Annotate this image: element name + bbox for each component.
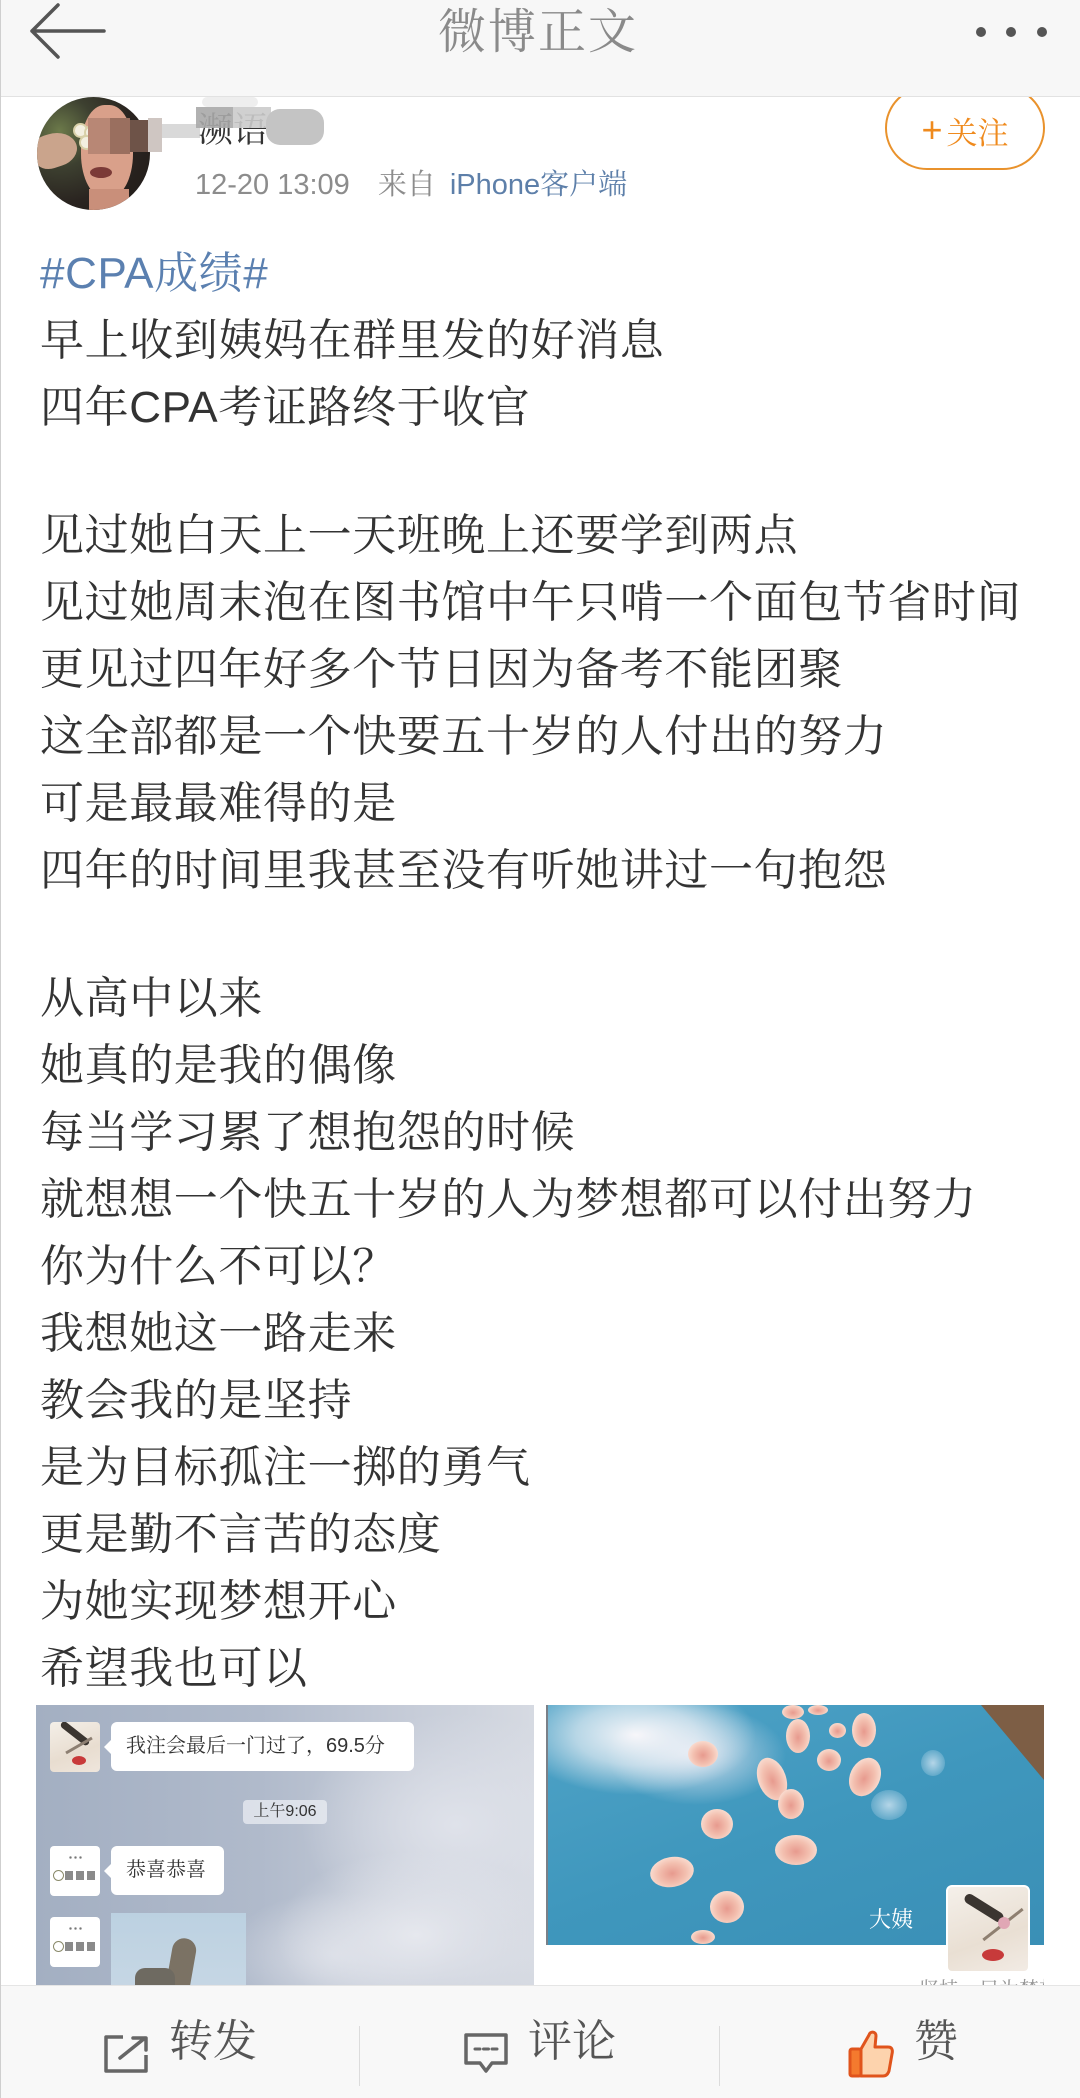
post-line: 我想她这一路走来: [40, 1300, 1060, 1367]
paragraph-gap: [40, 441, 1060, 502]
petal: [921, 1750, 945, 1776]
avatar-neck: [89, 189, 129, 210]
logo-glyphs: [65, 1871, 97, 1880]
petal: [648, 1853, 697, 1890]
image-edge: [546, 1705, 548, 1945]
petal: [829, 1723, 846, 1738]
post-line: 每当学习累了想抱怨的时候: [40, 1099, 1060, 1166]
post-line: 是为目标孤注一掷的勇气: [40, 1434, 1060, 1501]
petal: [691, 1930, 715, 1944]
repost-icon: [102, 2034, 150, 2074]
avatar-red-accent: [72, 1756, 86, 1765]
more-horizontal-icon: [1037, 27, 1047, 37]
post-line: 更是勤不言苦的态度: [40, 1501, 1060, 1568]
chat-avatar: [50, 1846, 100, 1896]
logo-ring: [53, 1941, 64, 1952]
page-title: 微博正文: [0, 0, 1076, 66]
petal: [701, 1809, 733, 1839]
plus-icon: +: [921, 109, 942, 151]
chat-avatar: [50, 1722, 100, 1772]
chat-image-thumbs-up: [111, 1913, 246, 1990]
post-line: 早上收到姨妈在群里发的好消息: [40, 307, 1060, 374]
post-meta: 12-20 13:09来自iPhone客户端: [195, 166, 627, 204]
avatar-blossom: [998, 1917, 1010, 1929]
hashtag-link[interactable]: #CPA成绩#: [40, 240, 1060, 307]
petal: [871, 1790, 907, 1820]
post-line: 就想想一个快五十岁的人为梦想都可以付出努力: [40, 1166, 1060, 1233]
post-timestamp: 12-20 13:09: [195, 169, 350, 201]
petal: [852, 1713, 876, 1747]
post-body: #CPA成绩# 早上收到姨妈在群里发的好消息 四年CPA考证路终于收官 见过她白…: [40, 240, 1060, 1702]
post-line: 你为什么不可以？: [40, 1233, 1060, 1300]
repost-label: 转发: [169, 2012, 257, 2072]
post-line: 从高中以来: [40, 965, 1060, 1032]
comment-button[interactable]: 评论: [360, 1986, 719, 2098]
post-source-link[interactable]: iPhone客户端: [450, 169, 627, 201]
avatar-mouth: [90, 167, 112, 178]
screen-edge: [0, 0, 1, 2098]
comment-icon: [463, 2032, 509, 2074]
post-line: 希望我也可以: [40, 1635, 1060, 1702]
post-line: 四年CPA考证路终于收官: [40, 374, 1060, 441]
petal: [778, 1789, 804, 1819]
post-line: 见过她白天上一天班晚上还要学到两点: [40, 502, 1060, 569]
thumbs-up-icon: [847, 2029, 895, 2079]
follow-label: 关注: [947, 108, 1009, 153]
petal: [782, 1705, 804, 1719]
chat-bubble: 恭喜恭喜: [111, 1846, 224, 1895]
post-line: 她真的是我的偶像: [40, 1032, 1060, 1099]
source-prefix: 来自: [378, 169, 436, 201]
petal: [775, 1835, 817, 1865]
post-line: 见过她周末泡在图书馆中午只啃一个面包节省时间: [40, 569, 1060, 636]
more-horizontal-icon: [976, 27, 986, 37]
comment-label: 评论: [528, 2012, 616, 2072]
bottom-action-bar: 转发 评论 赞: [0, 1985, 1080, 2098]
post-line: 可是最最难得的是: [40, 770, 1060, 837]
logo-dots: [68, 1856, 82, 1859]
petal: [808, 1705, 828, 1715]
follow-button[interactable]: + 关注: [885, 86, 1045, 170]
post-line: 教会我的是坚持: [40, 1367, 1060, 1434]
chat-bubble: 我注会最后一门过了，69.5分: [111, 1722, 414, 1771]
profile-avatar: [946, 1885, 1030, 1973]
petal: [786, 1719, 810, 1753]
paragraph-gap: [40, 904, 1060, 965]
logo-glyphs: [65, 1942, 97, 1951]
cover-corner: [981, 1705, 1044, 1780]
privacy-mosaic: [88, 118, 200, 156]
petal: [710, 1891, 744, 1923]
top-nav-bar: 微博正文: [0, 0, 1080, 97]
repost-button[interactable]: 转发: [0, 1986, 359, 2098]
like-label: 赞: [914, 2012, 958, 2072]
avatar-red-accent: [982, 1949, 1004, 1961]
like-button[interactable]: 赞: [720, 1986, 1080, 2098]
post-line: 四年的时间里我甚至没有听她讲过一句抱怨: [40, 837, 1060, 904]
post-image-profile-screenshot[interactable]: 大姨 坚持，只为梦想: [546, 1705, 1044, 1990]
profile-name: 大姨: [869, 1905, 913, 1935]
name-blur: [196, 107, 233, 128]
petal: [817, 1749, 841, 1771]
post-line: 这全部都是一个快要五十岁的人付出的努力: [40, 703, 1060, 770]
name-blur: [266, 109, 324, 145]
more-horizontal-icon: [1006, 27, 1016, 37]
post-image-chat-screenshot[interactable]: 我注会最后一门过了，69.5分 上午9:06 恭喜恭喜: [36, 1705, 534, 1990]
logo-dots: [68, 1927, 82, 1930]
petal: [688, 1741, 718, 1767]
post-line: 为她实现梦想开心: [40, 1568, 1060, 1635]
chat-avatar: [50, 1917, 100, 1967]
logo-ring: [53, 1870, 64, 1881]
post-line: 更见过四年好多个节日因为备考不能团聚: [40, 636, 1060, 703]
chat-time-label: 上午9:06: [243, 1800, 327, 1824]
more-options-button[interactable]: [968, 14, 1058, 50]
name-blur: [202, 97, 258, 107]
